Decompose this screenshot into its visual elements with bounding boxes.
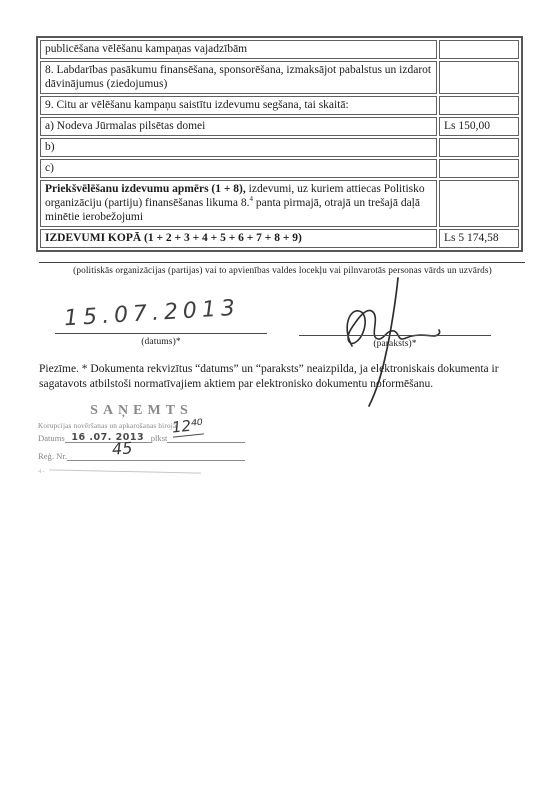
handwritten-time: 12⁴⁰ <box>171 415 204 437</box>
row-value <box>439 138 519 157</box>
received-stamp: SAŅEMTS Korupcijas novēršanas un apkaroš… <box>38 403 245 475</box>
row-value <box>439 61 519 94</box>
date-line <box>55 333 267 334</box>
row-value <box>439 96 519 115</box>
row-label: a) Nodeva Jūrmalas pilsētas domei <box>40 117 437 136</box>
total-label: IZDEVUMI KOPĀ (1 + 2 + 3 + 4 + 5 + 6 + 7… <box>40 229 437 248</box>
row-label: 9. Citu ar vēlēšanu kampaņu saistītu izd… <box>40 96 437 115</box>
row-label: b) <box>40 138 437 157</box>
table-row: 9. Citu ar vēlēšanu kampaņu saistītu izd… <box>40 96 519 115</box>
stamp-date-label: Datums <box>38 433 65 443</box>
table-row-summary: Priekšvēlēšanu izdevumu apmērs (1 + 8), … <box>40 180 519 227</box>
row-label: c) <box>40 159 437 178</box>
stamp-footer-fragment: 4- <box>38 468 45 475</box>
row-label: publicēšana vēlēšanu kampaņas vajadzībām <box>40 40 437 59</box>
stamp-date-value: 16 .07. 2013 <box>65 432 151 443</box>
table-row: b) <box>40 138 519 157</box>
row-value: Ls 150,00 <box>439 117 519 136</box>
scanned-document-page: publicēšana vēlēšanu kampaņas vajadzībām… <box>0 0 555 791</box>
expenses-table: publicēšana vēlēšanu kampaņas vajadzībām… <box>36 36 523 252</box>
stamp-reg-row: Reģ. Nr. <box>38 450 245 461</box>
table-row: a) Nodeva Jūrmalas pilsētas domei Ls 150… <box>40 117 519 136</box>
note-text: Piezīme. * Dokumenta rekvizītus “datums”… <box>39 362 515 392</box>
stamp-footer: 4- <box>38 468 245 475</box>
signature-caption: (paraksts)* <box>299 339 491 349</box>
stamp-reg-label: Reģ. Nr. <box>38 451 67 461</box>
table-row-total: IZDEVUMI KOPĀ (1 + 2 + 3 + 4 + 5 + 6 + 7… <box>40 229 519 248</box>
handwritten-reg-number: 45 <box>111 438 133 458</box>
signature-line <box>299 335 491 336</box>
stamp-reg-blank <box>67 450 245 461</box>
stamp-footer-line <box>49 469 201 473</box>
summary-lead: Priekšvēlēšanu izdevumu apmērs (1 + 8), <box>45 183 246 195</box>
name-signature-line <box>39 262 525 263</box>
summary-value <box>439 180 519 227</box>
total-value: Ls 5 174,58 <box>439 229 519 248</box>
date-caption: (datums)* <box>55 337 267 347</box>
stamp-title: SAŅEMTS <box>38 403 245 419</box>
stamp-date-row: Datums 16 .07. 2013 plkst <box>38 432 245 443</box>
stamp-org-line: Korupcijas novēršanas un apkarošanas bir… <box>38 422 245 430</box>
table-row: publicēšana vēlēšanu kampaņas vajadzībām <box>40 40 519 59</box>
table-row: 8. Labdarības pasākumu finansēšana, spon… <box>40 61 519 94</box>
row-value <box>439 40 519 59</box>
handwritten-date: 15.07.2013 <box>63 296 240 332</box>
row-value <box>439 159 519 178</box>
table-row: c) <box>40 159 519 178</box>
stamp-time-label: plkst <box>151 433 168 443</box>
summary-label: Priekšvēlēšanu izdevumu apmērs (1 + 8), … <box>40 180 437 227</box>
name-caption: (politiskās organizācijas (partijas) vai… <box>30 266 535 276</box>
row-label: 8. Labdarības pasākumu finansēšana, spon… <box>40 61 437 94</box>
